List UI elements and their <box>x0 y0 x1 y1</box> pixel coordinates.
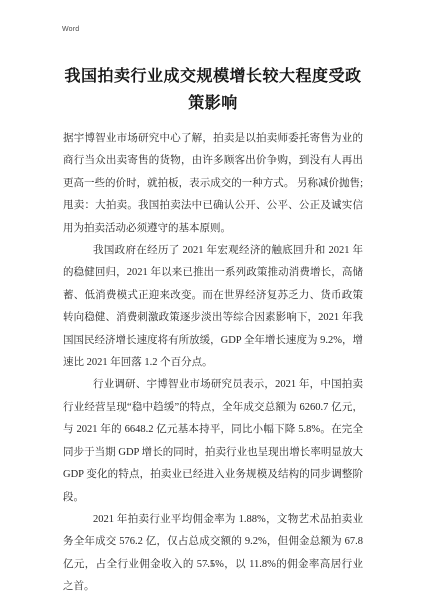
paragraph-2[interactable]: 我国政府在经历了 2021 年宏观经济的触底回升和 2021 年的稳健回归，20… <box>63 240 363 374</box>
paragraph-4[interactable]: 2021 年拍卖行业平均佣金率为 1.88%，文物艺术品拍卖业务全年成交 576… <box>63 509 363 599</box>
document-body: 据宇博智业市场研究中心了解，拍卖是以拍卖师委托寄售为业的商行当众出卖寄售的货物，… <box>63 128 363 599</box>
document-content: 我国拍卖行业成交规模增长较大程度受政策影响 据宇博智业市场研究中心了解，拍卖是以… <box>63 0 363 599</box>
page-number: - 1 - <box>0 559 424 568</box>
paragraph-3[interactable]: 行业调研、宇博智业市场研究员表示，2021 年，中国拍卖行业经营呈现“稳中趋缓”… <box>63 374 363 508</box>
document-title[interactable]: 我国拍卖行业成交规模增长较大程度受政策影响 <box>63 63 363 117</box>
paragraph-1[interactable]: 据宇博智业市场研究中心了解，拍卖是以拍卖师委托寄售为业的商行当众出卖寄售的货物，… <box>63 128 363 240</box>
document-page: Word 我国拍卖行业成交规模增长较大程度受政策影响 据宇博智业市场研究中心了解… <box>0 0 424 600</box>
